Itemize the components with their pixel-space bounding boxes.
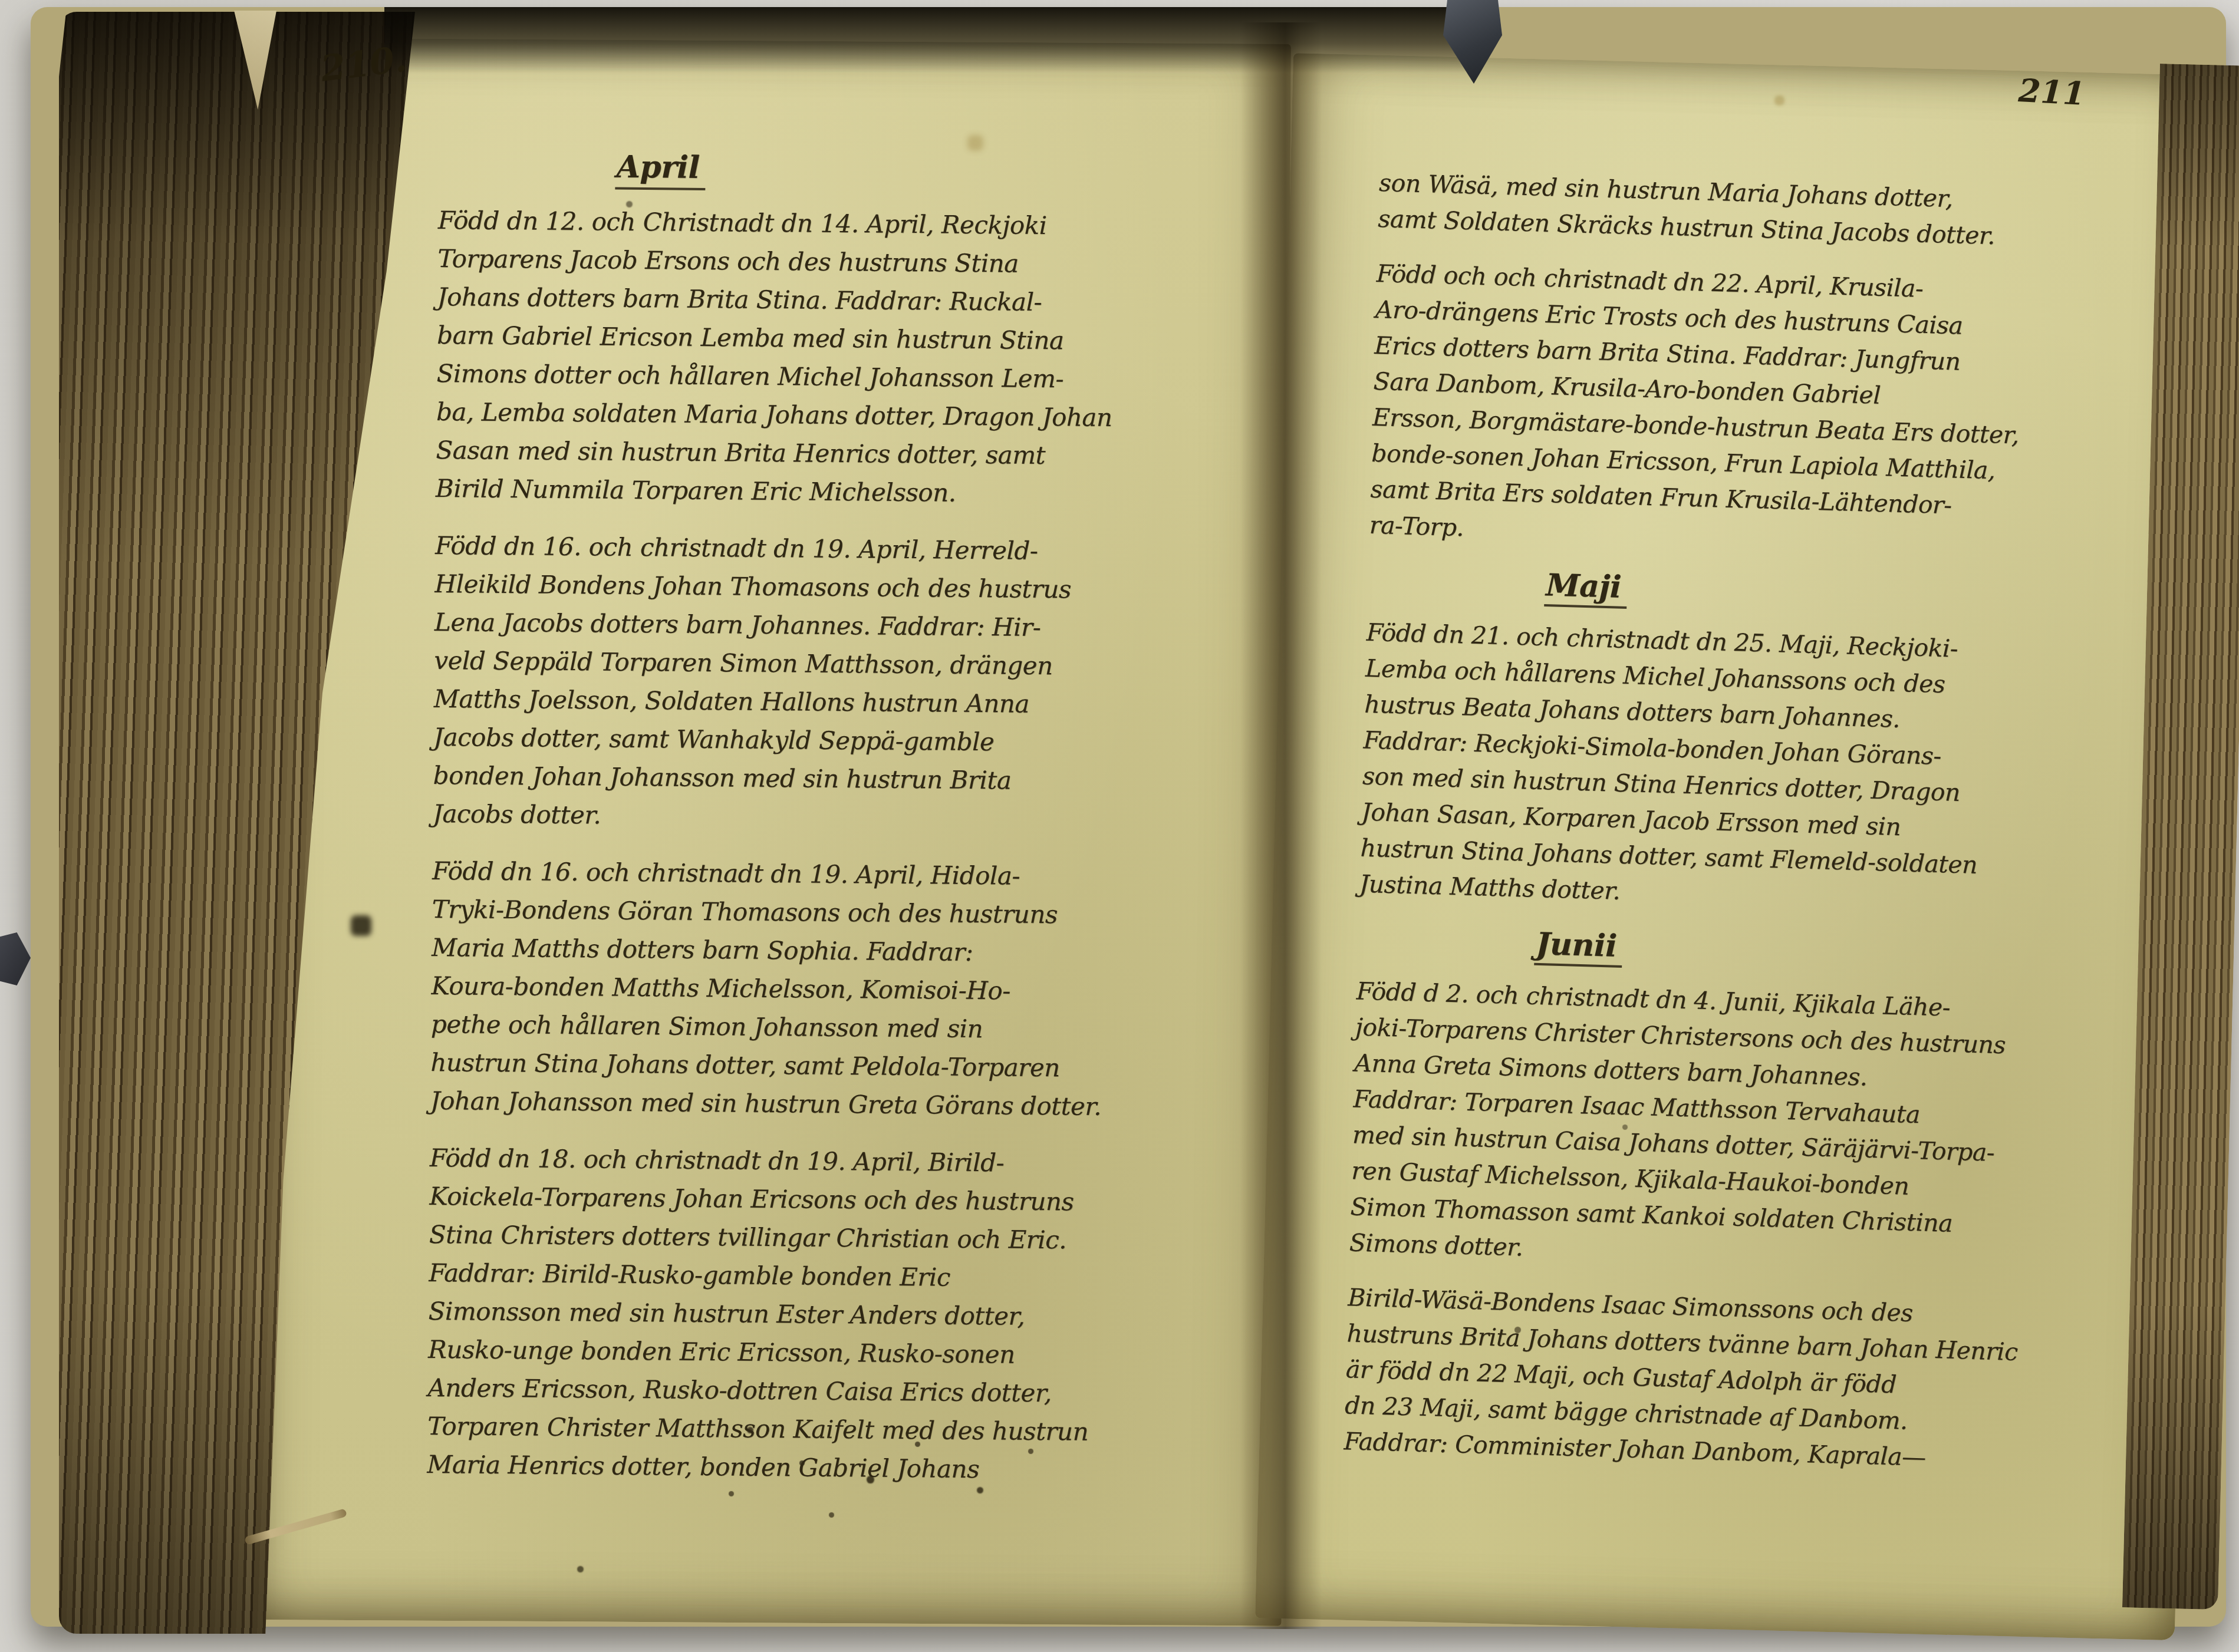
manuscript-line: pethe och hållaren Simon Johansson med s… [431,1005,1239,1050]
record-paragraph: Född dn 16. och christnadt dn 19. April,… [430,852,1240,1127]
record-paragraph: Född och och christnadt dn 22. April, Kr… [1369,256,2190,566]
month-heading: Junii [1534,926,2171,983]
ink-stains [31,7,34,10]
record-paragraph: Född dn 12. och Christnadt dn 14. April,… [436,201,1246,515]
manuscript-line: Född dn 12. och Christnadt dn 14. April,… [438,201,1246,246]
manuscript-line: Anders Ericsson, Rusko-dottren Caisa Eri… [427,1369,1236,1414]
page-right-text: son Wäsä, med sin hustrun Maria Johans d… [1343,165,2193,1501]
book: 210. 211 AprilFödd dn 12. och Christnadt… [31,7,2226,1627]
manuscript-line: Jacobs dotter, samt Wanhakyld Seppä-gamb… [433,718,1242,763]
manuscript-line: hustrun Stina Johans dotter, samt Peldol… [430,1043,1239,1089]
manuscript-line: Simonsson med sin hustrun Ester Anders d… [428,1292,1236,1337]
record-paragraph: Född dn 16. och christnadt dn 19. April,… [433,526,1243,840]
manuscript-line: Koickela-Torparens Johan Ericsons och de… [429,1177,1237,1222]
manuscript-line: ba, Lemba soldaten Maria Johans dotter, … [436,393,1244,438]
manuscript-line: Birild Nummila Torparen Eric Michelsson. [436,469,1244,515]
record-paragraph: Född dn 21. och christnadt dn 25. Maji, … [1359,615,2180,925]
manuscript-line: Matths Joelsson, Soldaten Hallons hustru… [434,680,1242,725]
manuscript-line: Maria Henrics dotter, bonden Gabriel Joh… [427,1445,1235,1491]
manuscript-line: Simons dotter och hållaren Michel Johans… [436,354,1244,400]
manuscript-line: Faddrar: Birild-Rusko-gamble bonden Eric [429,1254,1237,1299]
manuscript-line: Johans dotters barn Brita Stina. Faddrar… [437,278,1245,323]
manuscript-line: Maria Matths dotters barn Sophia. Faddra… [432,928,1240,974]
manuscript-line: Torparen Christer Matthsson Kaifelt med … [427,1407,1236,1452]
manuscript-line: Torparens Jacob Ersons och des hustruns … [437,239,1246,285]
manuscript-line: Född dn 16. och christnadt dn 19. April,… [432,852,1240,897]
manuscript-line: Född dn 16. och christnadt dn 19. April,… [435,526,1243,572]
manuscript-line: Tryki-Bondens Göran Thomasons och des hu… [432,890,1240,935]
manuscript-line: Jacobs dotter. [433,794,1241,840]
manuscript-line: Stina Christers dotters tvillingar Chris… [429,1215,1237,1261]
record-paragraph: Född d 2. och christnadt dn 4. Junii, Kj… [1349,973,2170,1283]
manuscript-line: Hleikild Bondens Johan Thomasons och des… [434,565,1243,610]
manuscript-line: bonden Johan Johansson med sin hustrun B… [433,756,1241,802]
manuscript-line: Koura-bonden Matths Michelsson, Komisoi-… [431,967,1239,1012]
page-left-text: AprilFödd dn 12. och Christnadt dn 14. A… [427,144,1246,1509]
record-paragraph: Birild-Wäsä-Bondens Isaac Simonssons och… [1344,1280,2162,1482]
manuscript-line: veld Seppäld Torparen Simon Matthsson, d… [434,641,1242,687]
book-top-shadow [384,7,1475,73]
manuscript-line: Sasan med sin hustrun Brita Henrics dott… [436,431,1244,476]
manuscript-line: Född dn 18. och christnadt dn 19. April,… [430,1139,1238,1184]
manuscript-line: Lena Jacobs dotters barn Johannes. Faddr… [434,603,1243,648]
manuscript-line: Johan Johansson med sin hustrun Greta Gö… [430,1081,1239,1127]
month-heading: April [615,148,1246,195]
month-heading-text: April [615,148,706,190]
manuscript-line: Rusko-unge bonden Eric Ericsson, Rusko-s… [428,1330,1236,1376]
book-gutter [1240,22,1322,1629]
page-number-right: 211 [2017,71,2086,113]
month-heading: Maji [1544,567,2181,624]
month-heading-text: Maji [1544,567,1628,609]
month-heading-text: Junii [1534,926,1623,968]
binder-clip-left [0,932,31,985]
record-paragraph: Född dn 18. och christnadt dn 19. April,… [427,1139,1237,1491]
photo-background: 210. 211 AprilFödd dn 12. och Christnadt… [0,0,2239,1652]
manuscript-line: barn Gabriel Ericson Lemba med sin hustr… [437,316,1245,361]
